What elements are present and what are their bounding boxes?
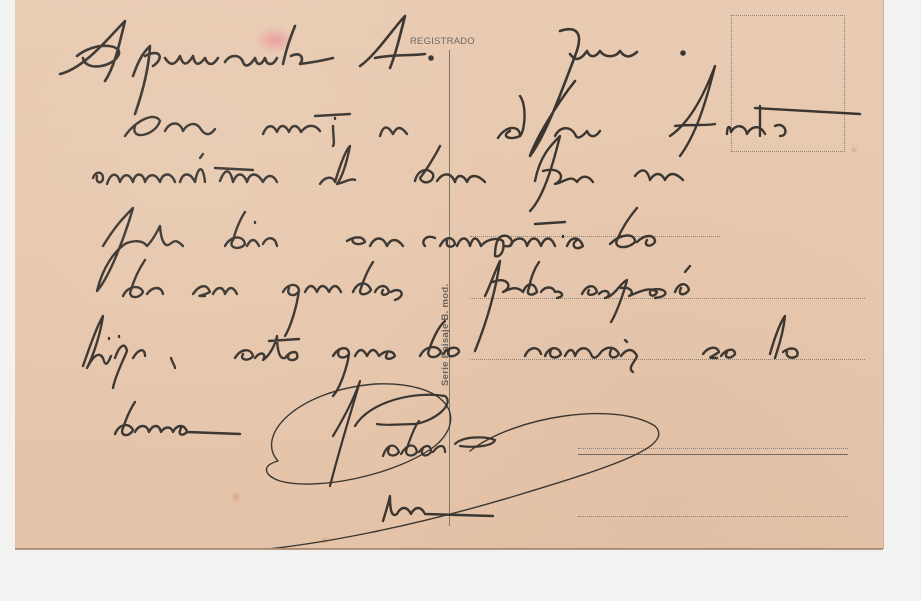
line-2-strokes [93,136,683,211]
line-4-strokes [123,260,690,351]
line-3-strokes [97,208,655,291]
address-line-3-underline [578,454,848,455]
foxing-spot [230,491,242,503]
foxing-spot [850,146,858,154]
address-line-top [470,236,720,237]
address-line-3 [578,448,848,449]
registrado-label: REGISTRADO [410,36,475,47]
salutation-strokes [60,16,685,156]
series-label: Serie Paisaje B. mod. [440,284,451,386]
stamp-box [731,15,845,152]
postcard-back: REGISTRADO Serie Paisaje B. mod. [15,0,883,549]
address-line-4 [578,516,848,517]
signature-strokes [245,381,659,548]
address-line-1 [470,298,865,299]
line-6-strokes [115,402,240,435]
foxing-spot [320,536,330,544]
address-line-2 [470,359,865,360]
pink-stain [255,26,295,54]
